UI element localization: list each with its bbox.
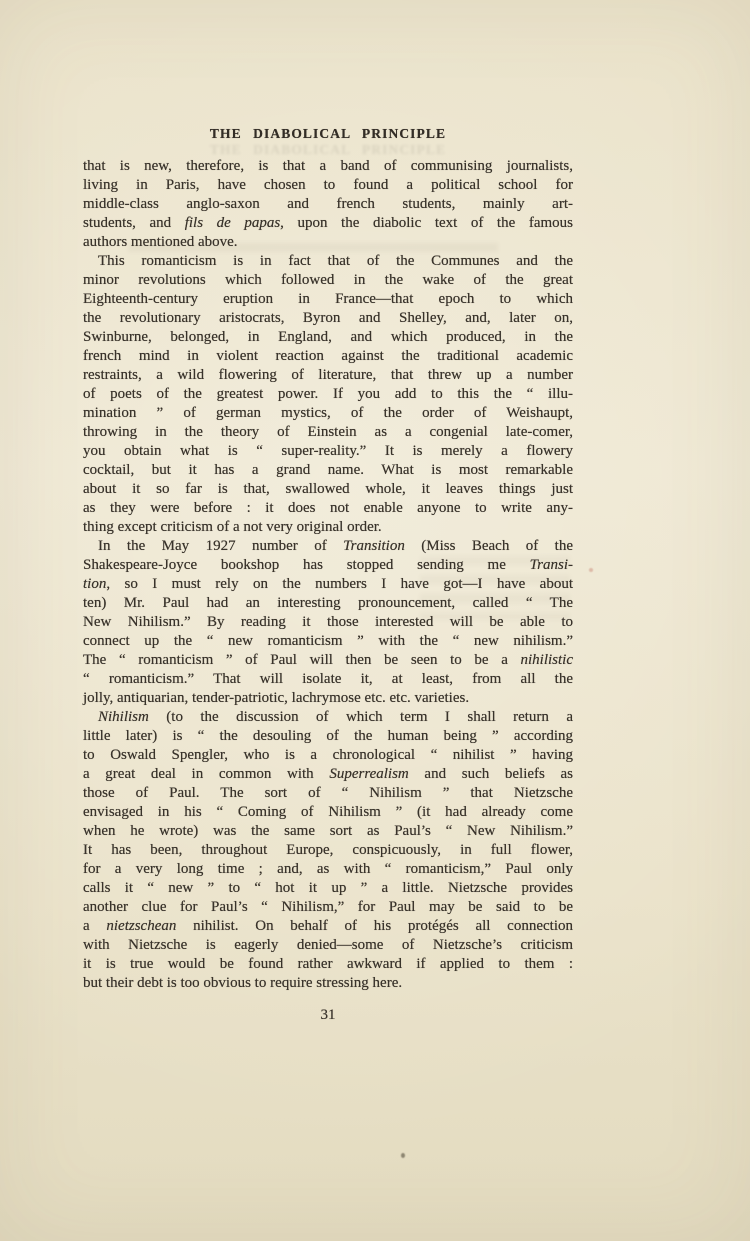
text-line: minor revolutions which followed in the … <box>83 271 573 290</box>
text-line: restraints, a wild flowering of literatu… <box>83 366 573 385</box>
text-line: Swinburne, belonged, in England, and whi… <box>83 328 573 347</box>
text-line: french mind in violent reaction against … <box>83 347 573 366</box>
text-line: you obtain what is “ super-reality.” It … <box>83 442 573 461</box>
text-line: with Nietzsche is eagerly denied—some of… <box>83 936 573 955</box>
text-line: Nihilism (to the discussion of which ter… <box>83 708 573 727</box>
text-line: it is true would be found rather awkward… <box>83 955 573 974</box>
text-line: cocktail, but it has a grand name. What … <box>83 461 573 480</box>
text-line: living in Paris, have chosen to found a … <box>83 176 573 195</box>
text-line: to Oswald Spengler, who is a chronologic… <box>83 746 573 765</box>
paper-speck <box>589 568 593 572</box>
book-page: THE DIABOLICAL PRINCIPLE THE DIABOLICAL … <box>0 0 750 1241</box>
text-line: a great deal in common with Superrealism… <box>83 765 573 784</box>
running-head-showthrough: THE DIABOLICAL PRINCIPLE <box>83 142 573 158</box>
text-line: but their debt is too obvious to require… <box>83 974 573 993</box>
text-line: mination ” of german mystics, of the ord… <box>83 404 573 423</box>
text-line: This romanticism is in fact that of the … <box>83 252 573 271</box>
text-line: tion, so I must rely on the numbers I ha… <box>83 575 573 594</box>
text-line: those of Paul. The sort of “ Nihilism ” … <box>83 784 573 803</box>
text-line: about it so far is that, swallowed whole… <box>83 480 573 499</box>
text-line: a nietzschean nihilist. On behalf of his… <box>83 917 573 936</box>
text-line: throwing in the theory of Einstein as a … <box>83 423 573 442</box>
text-line: the revolutionary aristocrats, Byron and… <box>83 309 573 328</box>
text-line: Eighteenth-century eruption in France—th… <box>83 290 573 309</box>
text-line: little later) is “ the desouling of the … <box>83 727 573 746</box>
text-line: “ romanticism.” That will isolate it, at… <box>83 670 573 689</box>
text-line: when he wrote) was the same sort as Paul… <box>83 822 573 841</box>
text-block: that is new, therefore, is that a band o… <box>83 157 573 993</box>
text-line: that is new, therefore, is that a band o… <box>83 157 573 176</box>
text-line: another clue for Paul’s “ Nihilism,” for… <box>83 898 573 917</box>
text-line: thing except criticism of a not very ori… <box>83 518 573 537</box>
running-head: THE DIABOLICAL PRINCIPLE <box>83 126 573 142</box>
text-line: authors mentioned above. <box>83 233 573 252</box>
text-line: It has been, throughout Europe, conspicu… <box>83 841 573 860</box>
text-line: for a very long time ; and, as with “ ro… <box>83 860 573 879</box>
text-line: ten) Mr. Paul had an interesting pronoun… <box>83 594 573 613</box>
text-line: In the May 1927 number of Transition (Mi… <box>83 537 573 556</box>
text-line: calls it “ new ” to “ hot it up ” a litt… <box>83 879 573 898</box>
text-line: students, and fils de papas, upon the di… <box>83 214 573 233</box>
text-line: jolly, antiquarian, tender-patriotic, la… <box>83 689 573 708</box>
ink-speck <box>401 1153 405 1158</box>
page-number: 31 <box>83 1006 573 1025</box>
text-line: The “ romanticism ” of Paul will then be… <box>83 651 573 670</box>
text-line: Shakespeare-Joyce bookshop has stopped s… <box>83 556 573 575</box>
text-line: connect up the “ new romanticism ” with … <box>83 632 573 651</box>
text-line: middle-class anglo-saxon and french stud… <box>83 195 573 214</box>
text-line: as they were before : it does not enable… <box>83 499 573 518</box>
text-line: envisaged in his “ Coming of Nihilism ” … <box>83 803 573 822</box>
text-line: of poets of the greatest power. If you a… <box>83 385 573 404</box>
text-line: New Nihilism.” By reading it those inter… <box>83 613 573 632</box>
